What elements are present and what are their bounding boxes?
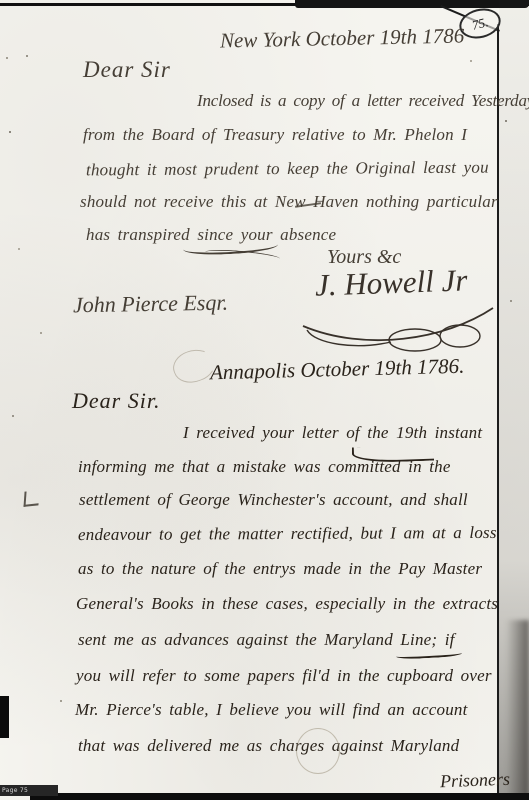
margin-check-mark xyxy=(24,490,40,507)
scan-edge-top-blob xyxy=(295,0,529,8)
letter1-addressee: John Pierce Esqr. xyxy=(73,291,228,318)
letter2-body-line: I received your letter of the 19th insta… xyxy=(183,424,482,443)
maryland-line-underline xyxy=(396,648,462,659)
letter2-body-line: General's Books in these cases, especial… xyxy=(76,595,498,614)
letter2-body-line: sent me as advances against the Maryland… xyxy=(78,631,455,650)
letter2-body-line: Mr. Pierce's table, I believe you will f… xyxy=(75,701,468,720)
letter2-body-line: settlement of George Winchester's accoun… xyxy=(79,491,468,510)
scan-edge-left-block xyxy=(0,696,9,738)
letter2-body-line: as to the nature of the entrys made in t… xyxy=(78,560,482,579)
ghost-circle-mark xyxy=(296,728,340,774)
footer-page-label: Page 75 xyxy=(0,785,58,796)
letter2-dateline: Annapolis October 19th 1786. xyxy=(210,355,465,385)
letter1-body-line: should not receive this at New Haven not… xyxy=(80,193,498,212)
scanned-letter-page: 75. New York October 19th 1786 Dear Sir … xyxy=(0,0,529,800)
letter2-body-line: you will refer to some papers fil'd in t… xyxy=(76,667,492,686)
letter1-dateline: New York October 19th 1786 xyxy=(220,24,465,52)
page-number: 75. xyxy=(470,14,490,33)
letter1-body-line: Inclosed is a copy of a letter received … xyxy=(197,92,529,111)
letter2-body-line: endeavour to get the matter rectified, b… xyxy=(78,524,497,545)
scan-edge-bottom xyxy=(30,793,529,800)
paper-specks xyxy=(0,0,2,2)
signature-flourish xyxy=(295,300,505,352)
letter1-salutation: Dear Sir xyxy=(83,57,171,82)
scan-edge-right-line xyxy=(497,24,499,800)
letter2-salutation: Dear Sir. xyxy=(72,389,160,413)
letter2-body-line: that was delivered me as charges against… xyxy=(78,737,459,756)
letter1-body-line: thought it most prudent to keep the Orig… xyxy=(86,159,489,180)
letter1-signature: J. Howell Jr xyxy=(314,263,467,302)
letter2-catchword: Prisoners xyxy=(440,770,511,792)
absence-underline-flourish2 xyxy=(205,248,280,264)
letter1-body-line: from the Board of Treasury relative to M… xyxy=(83,126,467,145)
